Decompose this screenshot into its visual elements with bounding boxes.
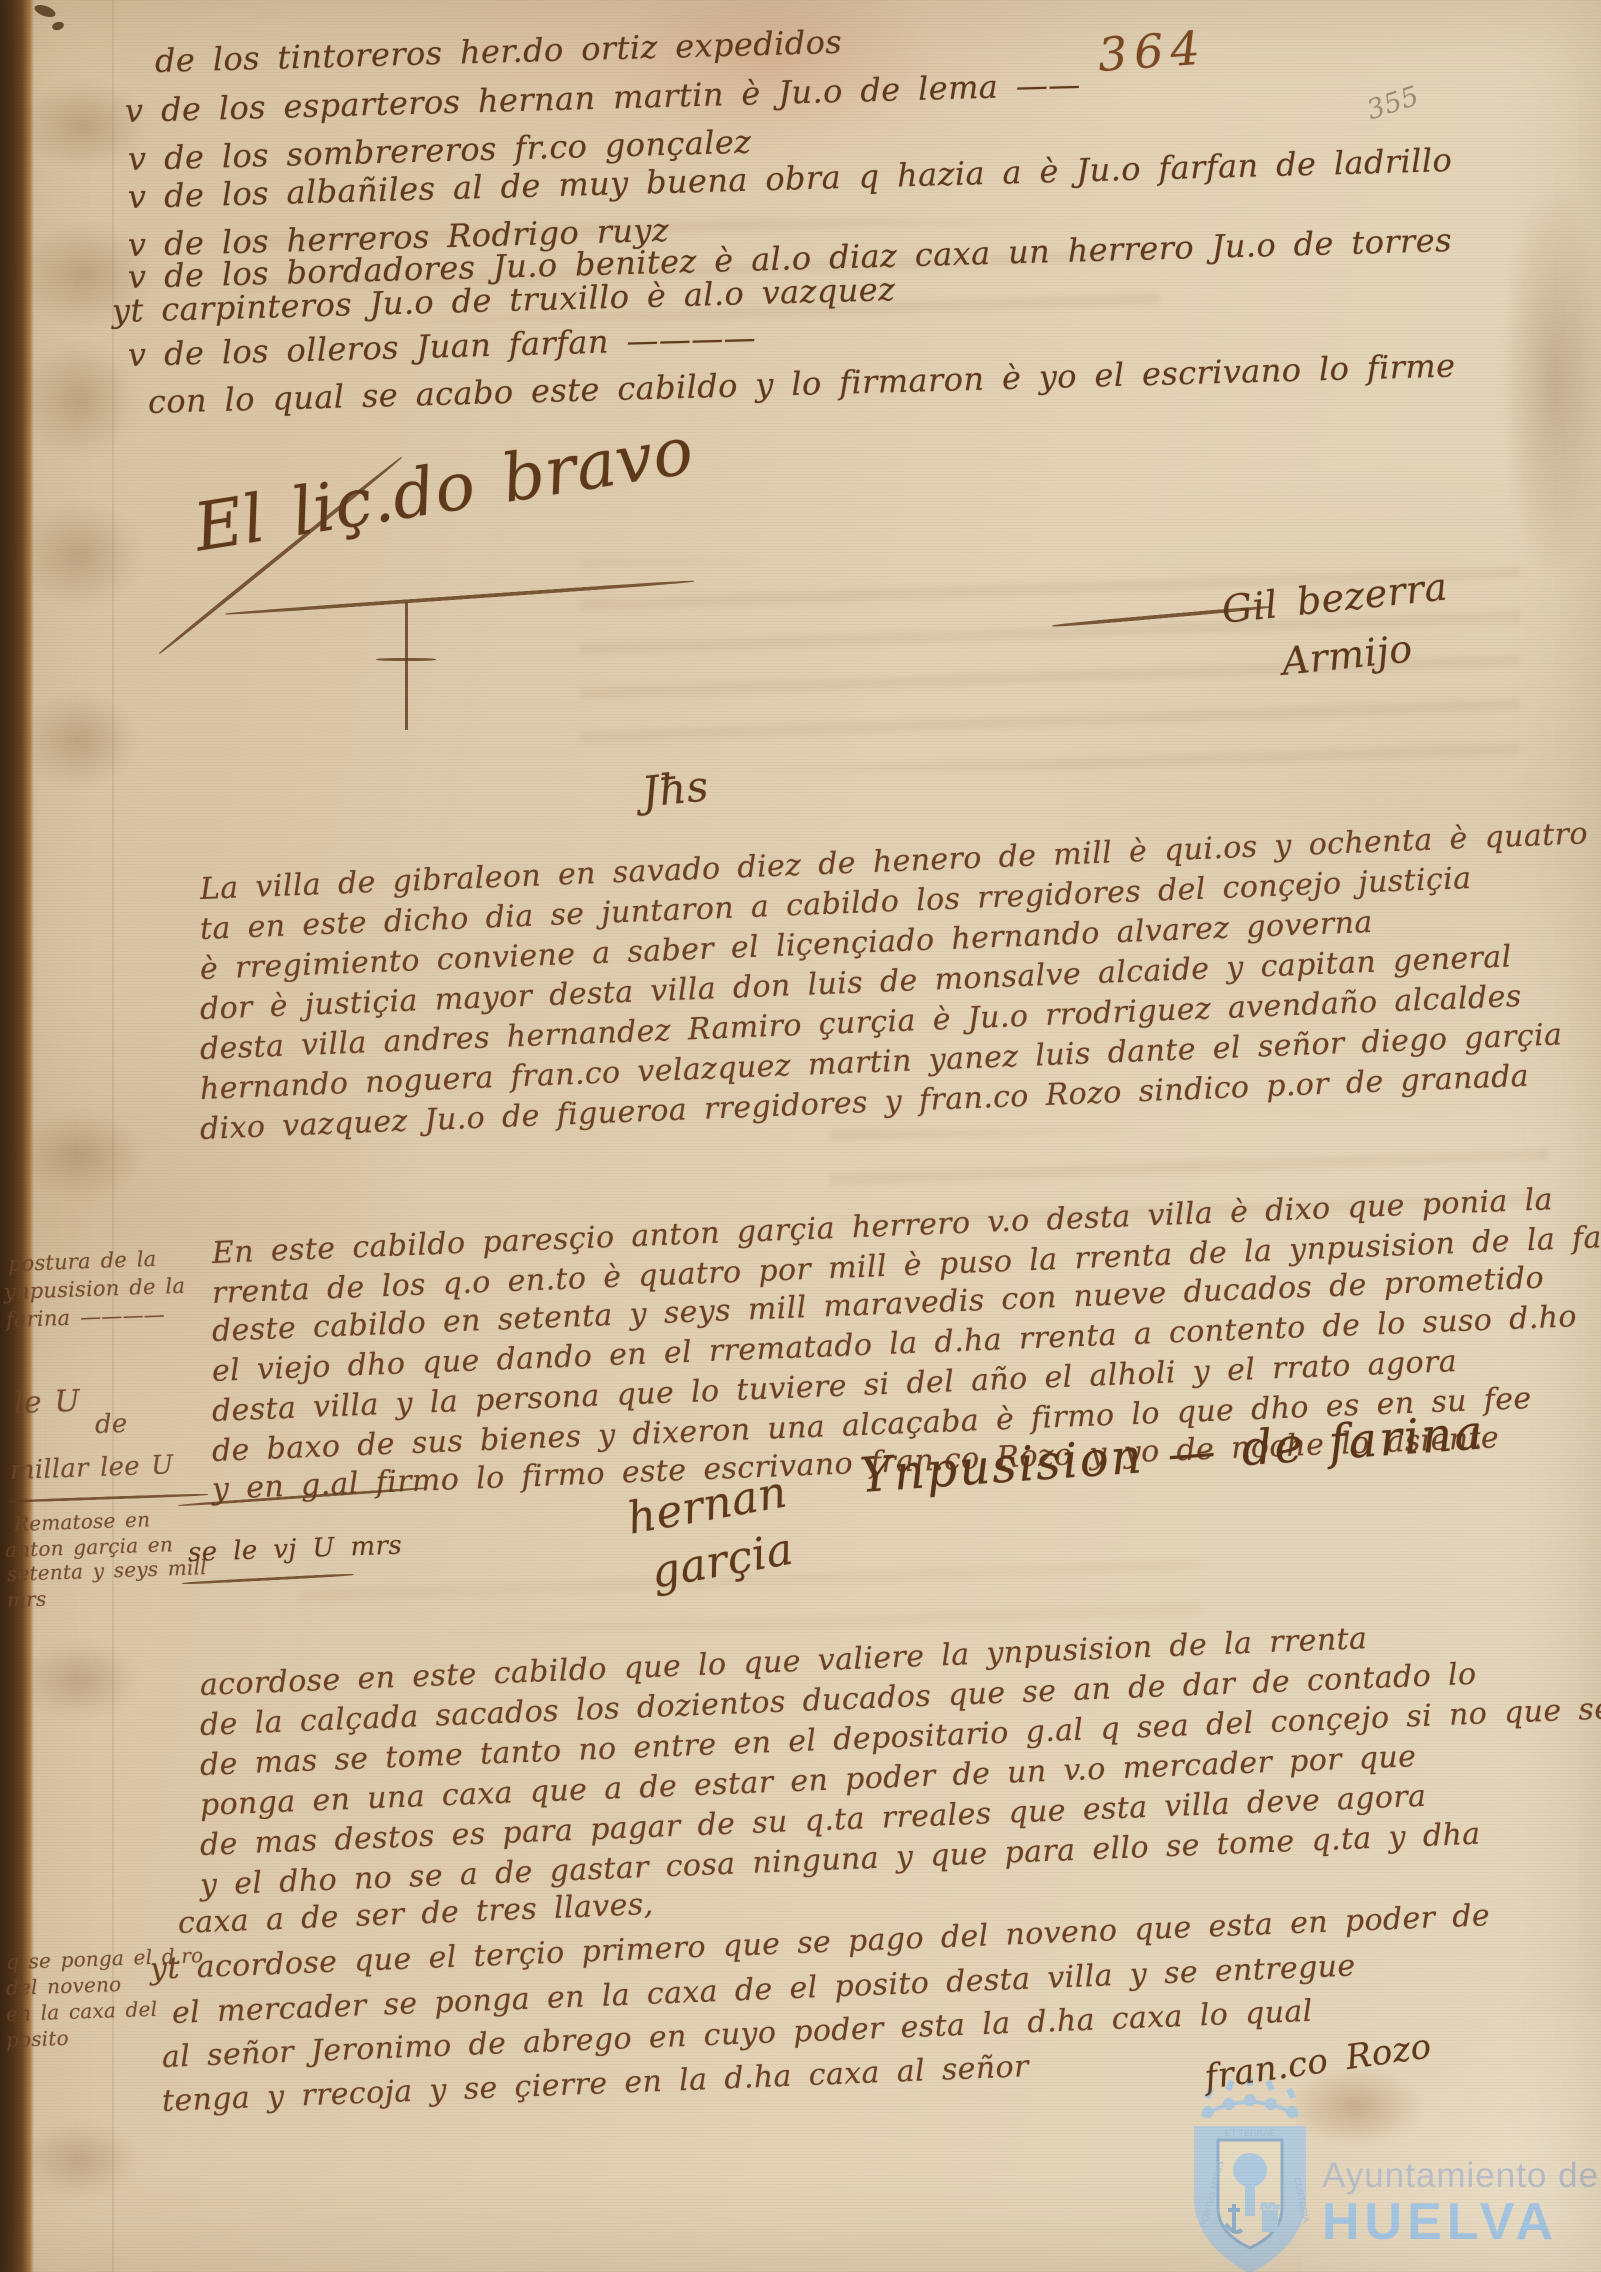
bleed-smudge — [15, 500, 145, 610]
signature-gil-bezerra: Gil bezerra — [1220, 564, 1450, 631]
pencil-folio-number: 355 — [1363, 80, 1423, 126]
amount-note: se le vj U mrs — [187, 1531, 402, 1568]
margin-crease — [112, 0, 114, 2272]
margin-note-line: postura de la — [8, 1247, 157, 1276]
margin-note-line: ynpusision de la — [4, 1274, 186, 1304]
bleed-smudge — [20, 340, 140, 460]
margin-note-line: en la caxa del — [6, 1997, 158, 2026]
bleed-smudge — [1500, 180, 1601, 580]
amount-underline — [182, 1573, 354, 1585]
huelva-crest: ET TERRAE PORTUS MARIS CUSTODIA — [1180, 2078, 1320, 2272]
bleed-smudge — [20, 690, 140, 790]
margin-note-line: farina ———— — [6, 1302, 166, 1332]
signature-cross-stem — [405, 602, 408, 730]
ink-speck — [33, 3, 57, 20]
bleed-smudge — [20, 2120, 140, 2200]
ihs-mark: Jħs — [639, 761, 710, 817]
signature-licenciado-bravo: El liç.do bravo — [189, 412, 698, 567]
signature-rubric-stroke — [225, 579, 694, 616]
margin-note-line: posito — [6, 2026, 70, 2052]
margin-note-line: Rematose en — [14, 1507, 151, 1536]
margin-underline — [8, 1493, 208, 1503]
bleed-smudge — [20, 1640, 140, 1720]
watermark-org-line: Ayuntamiento de — [1322, 2156, 1599, 2196]
manuscript-line: de los tintoreros her.do ortiz expedidos — [154, 23, 842, 80]
margin-note-line: del noveno — [6, 1972, 122, 2000]
ink-speck — [51, 21, 65, 32]
margin-note-line: de — [94, 1409, 127, 1440]
signature-armijo: Armijo — [1280, 626, 1415, 683]
margin-note-line: millar lee U — [9, 1450, 173, 1486]
manuscript-page-scan: 364 355 de los tintoreros her.do ortiz e… — [0, 0, 1601, 2272]
watermark-org-name: HUELVA — [1322, 2192, 1558, 2252]
signature-cross-bar — [376, 658, 436, 661]
margin-note-line: mrs — [7, 1587, 47, 1612]
folio-number: 364 — [1096, 20, 1208, 81]
book-gutter — [0, 0, 34, 2272]
margin-note-line: le U — [13, 1384, 80, 1421]
crest-motto-top: ET TERRAE — [1225, 2128, 1275, 2138]
bleed-smudge — [15, 1110, 145, 1200]
